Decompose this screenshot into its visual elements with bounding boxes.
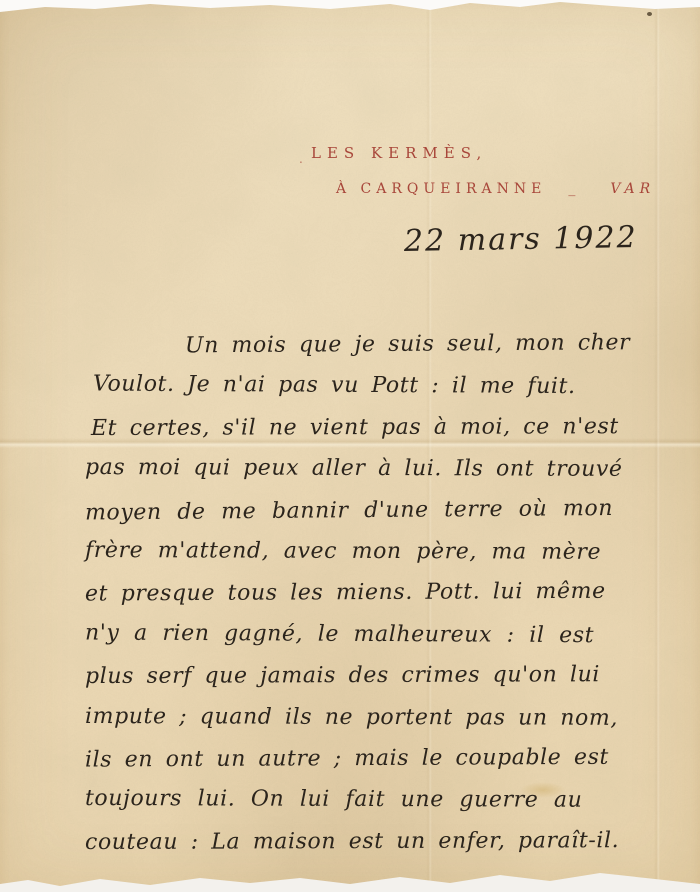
letter-body: Un mois que je suis seul, mon cher Voulo… <box>85 324 670 862</box>
letterhead-place: À CARQUEIRANNE <box>336 181 546 197</box>
letter-line: couteau : La maison est un enfer, paraît… <box>85 820 670 863</box>
letter-line: Voulot. Je n'ai pas vu Pott : il me fuit… <box>85 364 670 408</box>
letter-line: ils en ont un autre ; mais le coupable e… <box>85 736 670 780</box>
letter-line: impute ; quand ils ne portent pas un nom… <box>85 695 670 738</box>
letter-date: 22 mars 1922 <box>404 220 638 259</box>
letter-line: frère m'attend, avec mon père, ma mère <box>85 530 670 573</box>
letterhead-separator: _ <box>568 181 580 197</box>
letterhead-name: LES KERMÈS, <box>311 144 487 162</box>
letter-line: et presque tous les miens. Pott. lui mêm… <box>85 571 670 615</box>
scan-background: . LES KERMÈS, À CARQUEIRANNE_VAR 22 mars… <box>0 0 700 892</box>
letter-line: Et certes, s'il ne vient pas à moi, ce n… <box>85 406 670 449</box>
letterhead-mark: . <box>299 152 303 166</box>
letter-paper: . LES KERMÈS, À CARQUEIRANNE_VAR 22 mars… <box>0 0 700 892</box>
letterhead-department: VAR <box>610 181 655 197</box>
letter-line: plus serf que jamais des crimes qu'on lu… <box>85 654 670 697</box>
letterhead-address: À CARQUEIRANNE_VAR <box>336 181 655 197</box>
letter-line: Un mois que je suis seul, mon cher <box>85 322 670 367</box>
letter-line: moyen de me bannir d'une terre où mon <box>85 487 670 533</box>
ink-speck <box>647 12 652 16</box>
letter-line: toujours lui. On lui fait une guerre au <box>85 778 670 821</box>
letter-line: n'y a rien gagné, le malheureux : il est <box>85 612 670 656</box>
letter-line: pas moi qui peux aller à lui. Ils ont tr… <box>85 447 670 490</box>
